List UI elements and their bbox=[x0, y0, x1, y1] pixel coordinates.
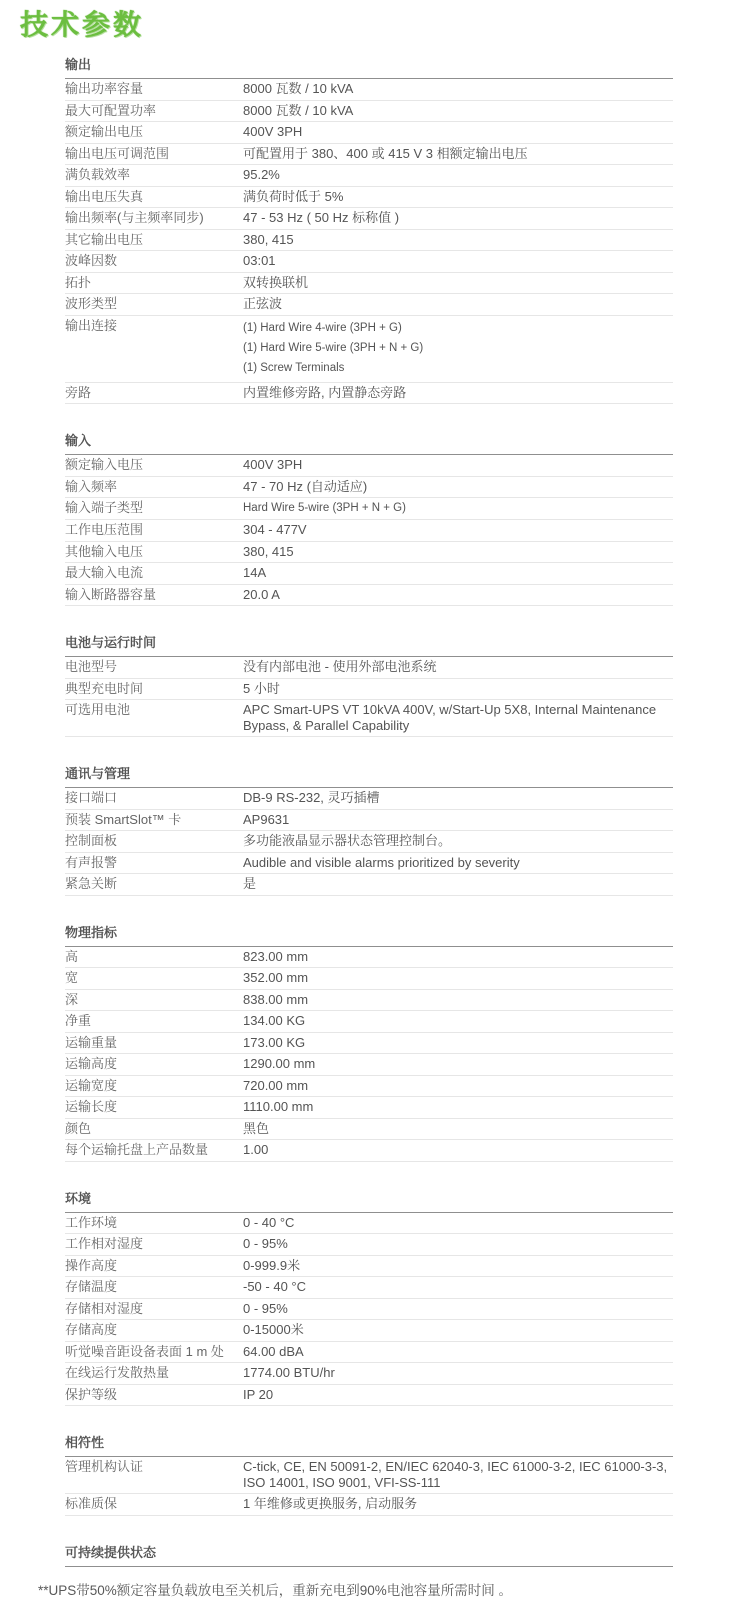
spec-value: 838.00 mm bbox=[243, 992, 673, 1008]
spec-row: 可选用电池 APC Smart-UPS VT 10kVA 400V, w/Sta… bbox=[65, 700, 673, 737]
spec-value: -50 - 40 °C bbox=[243, 1279, 673, 1295]
spec-value: 0 - 95% bbox=[243, 1236, 673, 1252]
section-title: 物理指标 bbox=[65, 922, 673, 947]
spec-row: 听觉噪音距设备表面 1 m 处 64.00 dBA bbox=[65, 1342, 673, 1364]
spec-value: 1.00 bbox=[243, 1142, 673, 1158]
spec-value: C-tick, CE, EN 50091-2, EN/IEC 62040-3, … bbox=[243, 1459, 673, 1490]
spec-value: 是 bbox=[243, 876, 673, 892]
spec-label: 存储温度 bbox=[65, 1279, 243, 1295]
spec-label: 拓扑 bbox=[65, 275, 243, 291]
spec-value: IP 20 bbox=[243, 1387, 673, 1403]
section-rows: 工作环境 0 - 40 °C 工作相对湿度 0 - 95% 操作高度 0-999… bbox=[65, 1213, 673, 1407]
spec-label: 标准质保 bbox=[65, 1496, 243, 1512]
spec-row: 输出频率(与主频率同步) 47 - 53 Hz ( 50 Hz 标称值 ) bbox=[65, 208, 673, 230]
spec-section: 电池与运行时间 电池型号 没有内部电池 - 使用外部电池系统 典型充电时间 5 … bbox=[65, 632, 673, 737]
spec-row: 拓扑 双转换联机 bbox=[65, 273, 673, 295]
spec-label: 每个运输托盘上产品数量 bbox=[65, 1142, 243, 1158]
spec-value: 03:01 bbox=[243, 253, 673, 269]
spec-section: 相符性 管理机构认证 C-tick, CE, EN 50091-2, EN/IE… bbox=[65, 1432, 673, 1516]
spec-row: 有声报警 Audible and visible alarms prioriti… bbox=[65, 853, 673, 875]
spec-value: 64.00 dBA bbox=[243, 1344, 673, 1360]
spec-row: 输出功率容量 8000 瓦数 / 10 kVA bbox=[65, 79, 673, 101]
spec-value: 1774.00 BTU/hr bbox=[243, 1365, 673, 1381]
spec-row: 工作环境 0 - 40 °C bbox=[65, 1213, 673, 1235]
spec-row: 典型充电时间 5 小时 bbox=[65, 679, 673, 701]
spec-row: 高 823.00 mm bbox=[65, 947, 673, 969]
section-title: 通讯与管理 bbox=[65, 763, 673, 788]
spec-value: 380, 415 bbox=[243, 544, 673, 560]
spec-label: 额定输出电压 bbox=[65, 124, 243, 140]
spec-row: 其他输入电压 380, 415 bbox=[65, 542, 673, 564]
spec-label: 接口端口 bbox=[65, 790, 243, 806]
spec-label: 输出电压失真 bbox=[65, 189, 243, 205]
spec-row: 工作相对湿度 0 - 95% bbox=[65, 1234, 673, 1256]
spec-label: 最大可配置功率 bbox=[65, 103, 243, 119]
spec-value: 1 年维修或更换服务, 启动服务 bbox=[243, 1496, 673, 1512]
spec-value: 20.0 A bbox=[243, 587, 673, 603]
spec-value: 400V 3PH bbox=[243, 457, 673, 473]
spec-row: 预装 SmartSlot™ 卡 AP9631 bbox=[65, 810, 673, 832]
spec-row: 在线运行发散热量 1774.00 BTU/hr bbox=[65, 1363, 673, 1385]
spec-row: 标准质保 1 年维修或更换服务, 启动服务 bbox=[65, 1494, 673, 1516]
spec-section: 输入 额定输入电压 400V 3PH 输入频率 47 - 70 Hz (自动适应… bbox=[65, 430, 673, 606]
spec-value: 8000 瓦数 / 10 kVA bbox=[243, 103, 673, 119]
spec-label: 运输长度 bbox=[65, 1099, 243, 1115]
spec-label: 存储高度 bbox=[65, 1322, 243, 1338]
spec-label: 额定输入电压 bbox=[65, 457, 243, 473]
spec-value: Audible and visible alarms prioritized b… bbox=[243, 855, 673, 871]
spec-label: 深 bbox=[65, 992, 243, 1008]
spec-label: 最大输入电流 bbox=[65, 565, 243, 581]
spec-row: 输出电压失真 满负荷时低于 5% bbox=[65, 187, 673, 209]
spec-label: 运输高度 bbox=[65, 1056, 243, 1072]
spec-row: 宽 352.00 mm bbox=[65, 968, 673, 990]
spec-label: 有声报警 bbox=[65, 855, 243, 871]
spec-section: 环境 工作环境 0 - 40 °C 工作相对湿度 0 - 95% 操作高度 0-… bbox=[65, 1188, 673, 1407]
spec-value: 可配置用于 380、400 或 415 V 3 相额定输出电压 bbox=[243, 146, 673, 162]
spec-value: 0-999.9米 bbox=[243, 1258, 673, 1274]
spec-label: 保护等级 bbox=[65, 1387, 243, 1403]
spec-value: 双转换联机 bbox=[243, 275, 673, 291]
spec-row: 运输长度 1110.00 mm bbox=[65, 1097, 673, 1119]
spec-label: 听觉噪音距设备表面 1 m 处 bbox=[65, 1344, 243, 1360]
spec-label: 典型充电时间 bbox=[65, 681, 243, 697]
spec-row: 工作电压范围 304 - 477V bbox=[65, 520, 673, 542]
spec-value: 0 - 95% bbox=[243, 1301, 673, 1317]
spec-row: 控制面板 多功能液晶显示器状态管理控制台。 bbox=[65, 831, 673, 853]
spec-row: 最大可配置功率 8000 瓦数 / 10 kVA bbox=[65, 101, 673, 123]
spec-value: 720.00 mm bbox=[243, 1078, 673, 1094]
page-title: 技术参数 bbox=[20, 10, 750, 40]
spec-row: 输入频率 47 - 70 Hz (自动适应) bbox=[65, 477, 673, 499]
spec-row: 紧急关断 是 bbox=[65, 874, 673, 896]
spec-row: 满负载效率 95.2% bbox=[65, 165, 673, 187]
spec-row: 运输高度 1290.00 mm bbox=[65, 1054, 673, 1076]
spec-value: 304 - 477V bbox=[243, 522, 673, 538]
spec-label: 净重 bbox=[65, 1013, 243, 1029]
spec-label: 波峰因数 bbox=[65, 253, 243, 269]
section-rows: 电池型号 没有内部电池 - 使用外部电池系统 典型充电时间 5 小时 可选用电池… bbox=[65, 657, 673, 737]
spec-label: 输入频率 bbox=[65, 479, 243, 495]
spec-label: 满负载效率 bbox=[65, 167, 243, 183]
spec-label: 运输重量 bbox=[65, 1035, 243, 1051]
spec-row: 存储高度 0-15000米 bbox=[65, 1320, 673, 1342]
spec-label: 操作高度 bbox=[65, 1258, 243, 1274]
spec-label: 其他输入电压 bbox=[65, 544, 243, 560]
section-title: 输出 bbox=[65, 54, 673, 79]
spec-label: 旁路 bbox=[65, 385, 243, 401]
spec-label: 宽 bbox=[65, 970, 243, 986]
spec-value: 380, 415 bbox=[243, 232, 673, 248]
spec-label: 工作相对湿度 bbox=[65, 1236, 243, 1252]
spec-row: 输入端子类型 Hard Wire 5-wire (3PH + N + G) bbox=[65, 498, 673, 520]
spec-row: 保护等级 IP 20 bbox=[65, 1385, 673, 1407]
section-rows: 接口端口 DB-9 RS-232, 灵巧插槽 预装 SmartSlot™ 卡 A… bbox=[65, 788, 673, 896]
spec-label: 高 bbox=[65, 949, 243, 965]
spec-label: 运输宽度 bbox=[65, 1078, 243, 1094]
spec-row: 颜色 黑色 bbox=[65, 1119, 673, 1141]
spec-value: 正弦波 bbox=[243, 296, 673, 312]
spec-value: 823.00 mm bbox=[243, 949, 673, 965]
spec-value: 14A bbox=[243, 565, 673, 581]
spec-table: 输出 输出功率容量 8000 瓦数 / 10 kVA 最大可配置功率 8000 … bbox=[65, 54, 673, 1567]
spec-value: 0-15000米 bbox=[243, 1322, 673, 1338]
spec-row: 旁路 内置维修旁路, 内置静态旁路 bbox=[65, 383, 673, 405]
spec-section: 可持续提供状态 bbox=[65, 1542, 673, 1567]
spec-label: 颜色 bbox=[65, 1121, 243, 1137]
spec-value: 400V 3PH bbox=[243, 124, 673, 140]
spec-label: 管理机构认证 bbox=[65, 1459, 243, 1475]
spec-row: 最大输入电流 14A bbox=[65, 563, 673, 585]
spec-row: 输出电压可调范围 可配置用于 380、400 或 415 V 3 相额定输出电压 bbox=[65, 144, 673, 166]
spec-row: 管理机构认证 C-tick, CE, EN 50091-2, EN/IEC 62… bbox=[65, 1457, 673, 1494]
section-rows: 高 823.00 mm 宽 352.00 mm 深 838.00 mm 净重 1… bbox=[65, 947, 673, 1162]
spec-label: 输入端子类型 bbox=[65, 500, 243, 516]
spec-value: 没有内部电池 - 使用外部电池系统 bbox=[243, 659, 673, 675]
spec-row: 运输重量 173.00 KG bbox=[65, 1033, 673, 1055]
spec-value: 满负荷时低于 5% bbox=[243, 189, 673, 205]
section-title: 电池与运行时间 bbox=[65, 632, 673, 657]
spec-value: AP9631 bbox=[243, 812, 673, 828]
spec-row: 波形类型 正弦波 bbox=[65, 294, 673, 316]
spec-value: 多功能液晶显示器状态管理控制台。 bbox=[243, 833, 673, 849]
spec-row: 波峰因数 03:01 bbox=[65, 251, 673, 273]
spec-value: APC Smart-UPS VT 10kVA 400V, w/Start-Up … bbox=[243, 702, 673, 733]
spec-row: 深 838.00 mm bbox=[65, 990, 673, 1012]
spec-row: 额定输出电压 400V 3PH bbox=[65, 122, 673, 144]
spec-section: 通讯与管理 接口端口 DB-9 RS-232, 灵巧插槽 预装 SmartSlo… bbox=[65, 763, 673, 896]
spec-row: 其它输出电压 380, 415 bbox=[65, 230, 673, 252]
spec-row: 运输宽度 720.00 mm bbox=[65, 1076, 673, 1098]
spec-label: 输出电压可调范围 bbox=[65, 146, 243, 162]
spec-value: (1) Hard Wire 4-wire (3PH + G)(1) Hard W… bbox=[243, 318, 673, 379]
spec-label: 输出功率容量 bbox=[65, 81, 243, 97]
spec-row: 每个运输托盘上产品数量 1.00 bbox=[65, 1140, 673, 1162]
spec-label: 波形类型 bbox=[65, 296, 243, 312]
spec-label: 工作电压范围 bbox=[65, 522, 243, 538]
spec-label: 输出频率(与主频率同步) bbox=[65, 210, 243, 226]
section-title: 相符性 bbox=[65, 1432, 673, 1457]
spec-label: 输入断路器容量 bbox=[65, 587, 243, 603]
spec-label: 工作环境 bbox=[65, 1215, 243, 1231]
spec-label: 紧急关断 bbox=[65, 876, 243, 892]
spec-value: 352.00 mm bbox=[243, 970, 673, 986]
spec-value: 1110.00 mm bbox=[243, 1099, 673, 1115]
section-title: 可持续提供状态 bbox=[65, 1542, 673, 1567]
spec-value: 1290.00 mm bbox=[243, 1056, 673, 1072]
spec-row: 电池型号 没有内部电池 - 使用外部电池系统 bbox=[65, 657, 673, 679]
spec-row: 净重 134.00 KG bbox=[65, 1011, 673, 1033]
spec-row: 接口端口 DB-9 RS-232, 灵巧插槽 bbox=[65, 788, 673, 810]
spec-value: 内置维修旁路, 内置静态旁路 bbox=[243, 385, 673, 401]
footnote: **UPS带50%额定容量负载放电至关机后，重新充电到90%电池容量所需时间 。 bbox=[38, 1579, 750, 1599]
spec-value: Hard Wire 5-wire (3PH + N + G) bbox=[243, 500, 673, 516]
section-rows: 管理机构认证 C-tick, CE, EN 50091-2, EN/IEC 62… bbox=[65, 1457, 673, 1516]
spec-row: 额定输入电压 400V 3PH bbox=[65, 455, 673, 477]
spec-row: 存储温度 -50 - 40 °C bbox=[65, 1277, 673, 1299]
spec-value: 47 - 70 Hz (自动适应) bbox=[243, 479, 673, 495]
spec-label: 可选用电池 bbox=[65, 702, 243, 718]
spec-label: 在线运行发散热量 bbox=[65, 1365, 243, 1381]
spec-value: 8000 瓦数 / 10 kVA bbox=[243, 81, 673, 97]
spec-row: 存储相对湿度 0 - 95% bbox=[65, 1299, 673, 1321]
spec-value: 173.00 KG bbox=[243, 1035, 673, 1051]
spec-value: 95.2% bbox=[243, 167, 673, 183]
section-title: 环境 bbox=[65, 1188, 673, 1213]
spec-section: 物理指标 高 823.00 mm 宽 352.00 mm 深 838.00 mm… bbox=[65, 922, 673, 1162]
spec-value: 黑色 bbox=[243, 1121, 673, 1137]
spec-value: 5 小时 bbox=[243, 681, 673, 697]
spec-value: DB-9 RS-232, 灵巧插槽 bbox=[243, 790, 673, 806]
spec-label: 存储相对湿度 bbox=[65, 1301, 243, 1317]
spec-row: 操作高度 0-999.9米 bbox=[65, 1256, 673, 1278]
spec-section: 输出 输出功率容量 8000 瓦数 / 10 kVA 最大可配置功率 8000 … bbox=[65, 54, 673, 404]
spec-row: 输出连接 (1) Hard Wire 4-wire (3PH + G)(1) H… bbox=[65, 316, 673, 383]
spec-row: 输入断路器容量 20.0 A bbox=[65, 585, 673, 607]
spec-label: 电池型号 bbox=[65, 659, 243, 675]
spec-label: 输出连接 bbox=[65, 318, 243, 334]
spec-label: 预装 SmartSlot™ 卡 bbox=[65, 812, 243, 828]
section-rows: 输出功率容量 8000 瓦数 / 10 kVA 最大可配置功率 8000 瓦数 … bbox=[65, 79, 673, 404]
spec-value: 134.00 KG bbox=[243, 1013, 673, 1029]
spec-value: 47 - 53 Hz ( 50 Hz 标称值 ) bbox=[243, 210, 673, 226]
spec-label: 控制面板 bbox=[65, 833, 243, 849]
section-rows: 额定输入电压 400V 3PH 输入频率 47 - 70 Hz (自动适应) 输… bbox=[65, 455, 673, 606]
spec-value: 0 - 40 °C bbox=[243, 1215, 673, 1231]
section-title: 输入 bbox=[65, 430, 673, 455]
spec-label: 其它输出电压 bbox=[65, 232, 243, 248]
